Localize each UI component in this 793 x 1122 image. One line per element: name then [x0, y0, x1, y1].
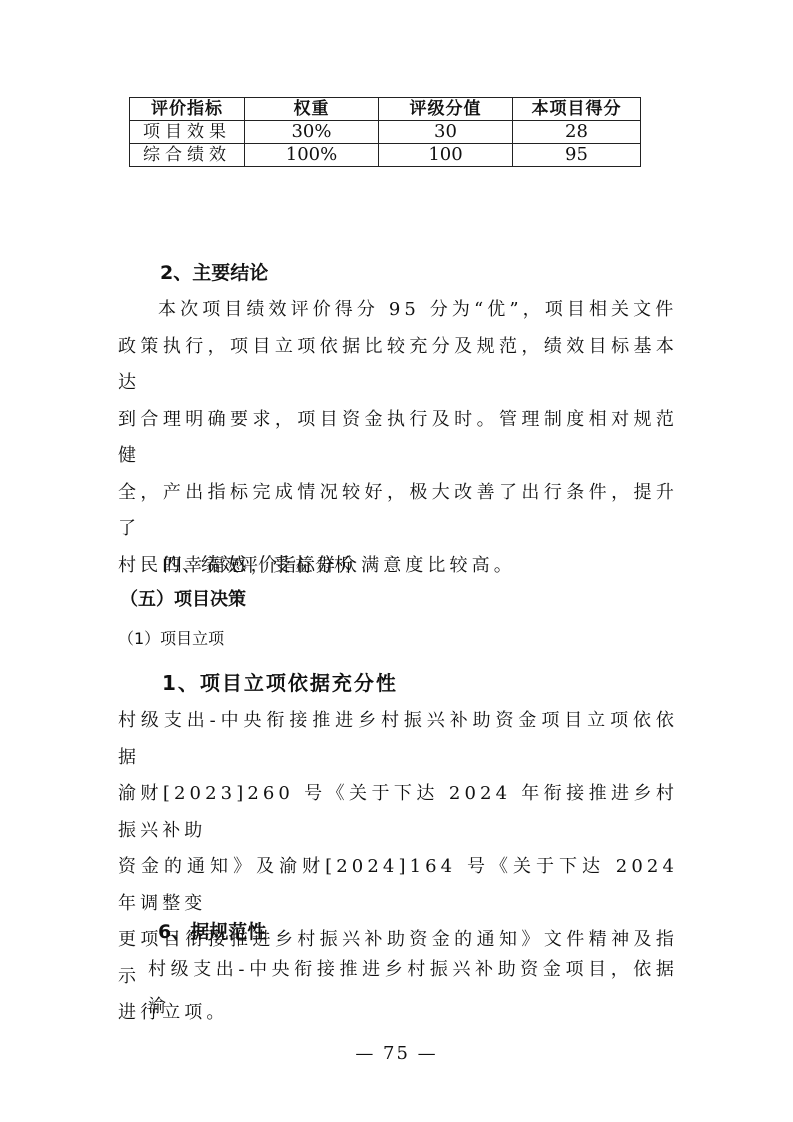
- paragraph-line: 全，产出指标完成情况较好，极大改善了出行条件，提升了: [118, 475, 678, 548]
- cell-score: 95: [513, 144, 641, 167]
- header-weight: 权重: [245, 98, 379, 121]
- performance-score-table: 评价指标 权重 评级分值 本项目得分 项目效果 30% 30 28 综合绩效 1…: [129, 97, 641, 167]
- cell-indicator: 项目效果: [130, 121, 245, 144]
- paragraph-line: 村级支出-中央衔接推进乡村振兴补助资金项目，依据渝: [118, 952, 678, 1025]
- paragraph-line: 村级支出-中央衔接推进乡村振兴补助资金项目立项依依据: [118, 703, 678, 776]
- table-row: 综合绩效 100% 100 95: [130, 144, 641, 167]
- basis-heading: 1、项目立项依据充分性: [162, 667, 398, 696]
- cell-rating: 30: [379, 121, 513, 144]
- header-rating: 评级分值: [379, 98, 513, 121]
- paragraph-line: 本次项目绩效评价得分 95 分为“优”，项目相关文件: [118, 292, 678, 329]
- cell-rating: 100: [379, 144, 513, 167]
- compliance-paragraph: 村级支出-中央衔接推进乡村振兴补助资金项目，依据渝: [118, 952, 678, 1025]
- conclusion-heading: 2、主要结论: [160, 258, 268, 285]
- paragraph-line: 政策执行，项目立项依据比较充分及规范，绩效目标基本达: [118, 329, 678, 402]
- conclusion-paragraph: 本次项目绩效评价得分 95 分为“优”，项目相关文件 政策执行，项目立项依据比较…: [118, 292, 678, 584]
- cell-weight: 30%: [245, 121, 379, 144]
- table-header-row: 评价指标 权重 评级分值 本项目得分: [130, 98, 641, 121]
- paragraph-line: 渝财[2023]260 号《关于下达 2024 年衔接推进乡村振兴补助: [118, 776, 678, 849]
- header-score: 本项目得分: [513, 98, 641, 121]
- paragraph-line: 资金的通知》及渝财[2024]164 号《关于下达 2024 年调整变: [118, 849, 678, 922]
- compliance-heading: 6、据规范性: [158, 917, 266, 944]
- cell-weight: 100%: [245, 144, 379, 167]
- cell-indicator: 综合绩效: [130, 144, 245, 167]
- page-number: — 75 —: [0, 1043, 793, 1064]
- item-heading: （1）项目立项: [118, 626, 224, 649]
- cell-score: 28: [513, 121, 641, 144]
- subsection-heading: （五）项目决策: [120, 585, 246, 611]
- header-indicator: 评价指标: [130, 98, 245, 121]
- table-row: 项目效果 30% 30 28: [130, 121, 641, 144]
- paragraph-line: 到合理明确要求，项目资金执行及时。管理制度相对规范健: [118, 402, 678, 475]
- chapter-heading: 四、绩效评价指标分析: [163, 550, 353, 577]
